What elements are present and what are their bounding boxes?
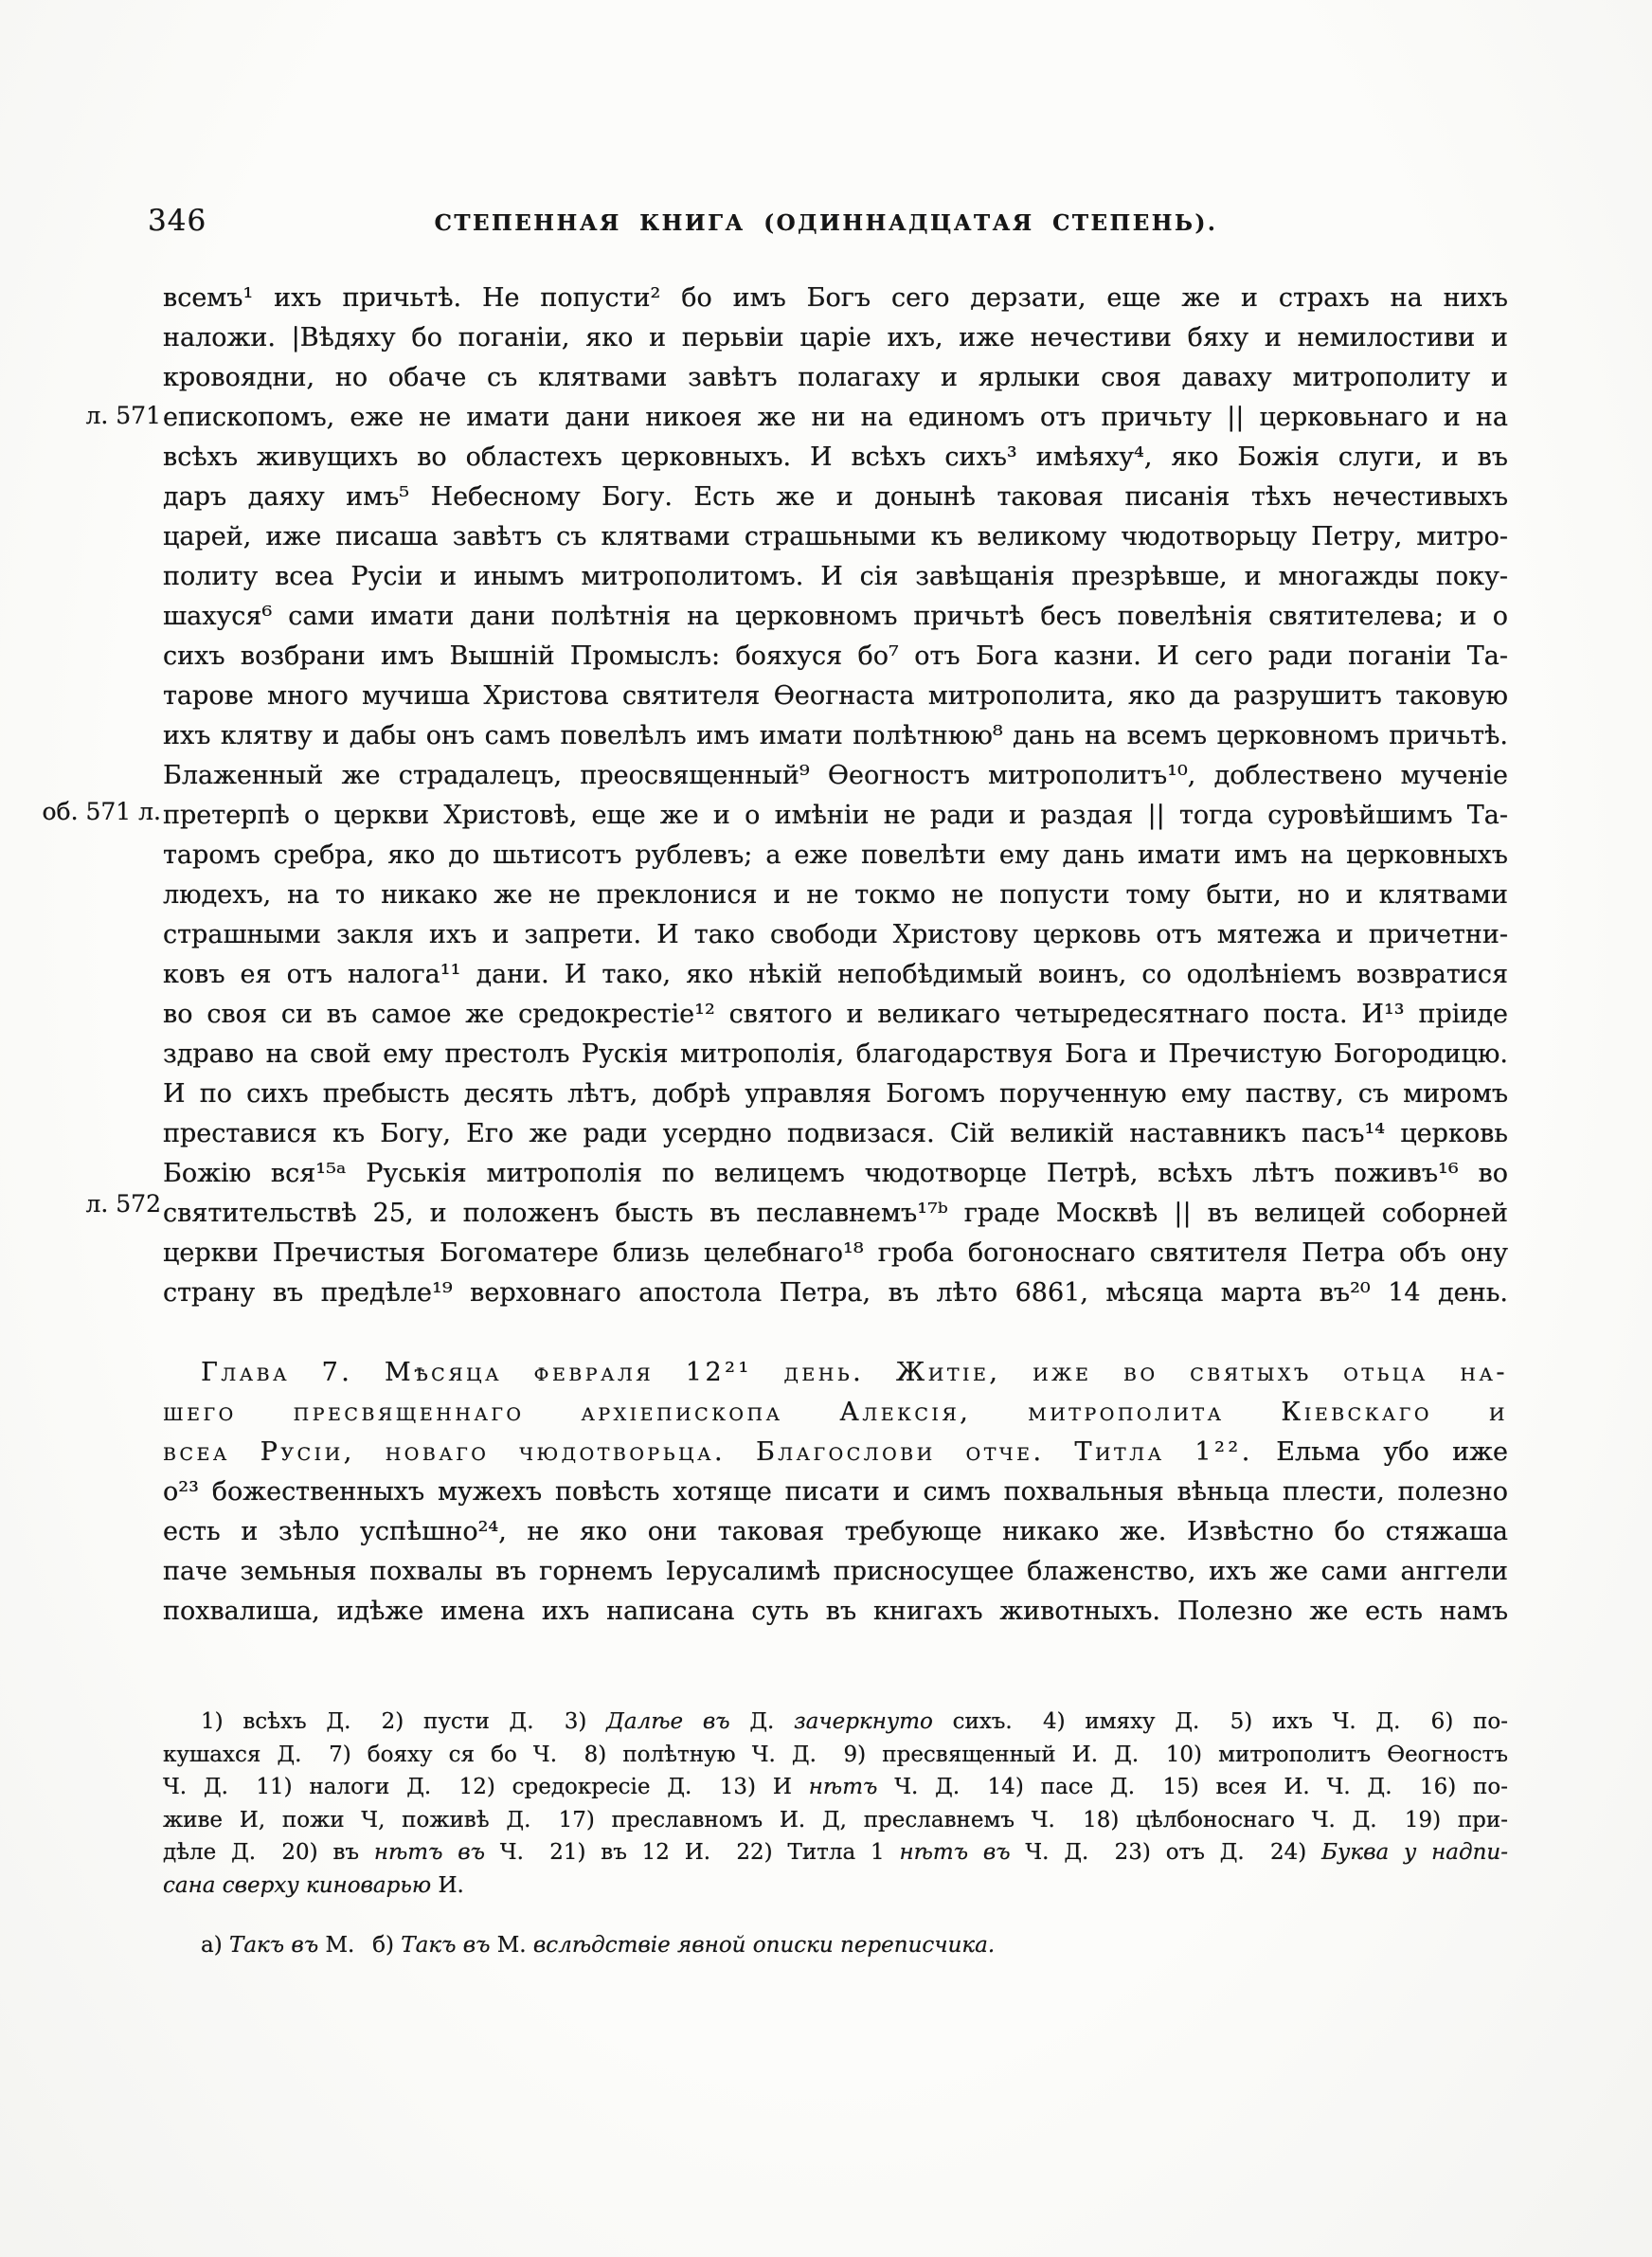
footnote-line: кушахся Д. 7) бояху ся бо Ч. 8) полѣтную… bbox=[163, 1739, 1508, 1772]
body-text-line: святительствѣ 25, и положенъ бысть въ пе… bbox=[163, 1194, 1508, 1234]
italic-text: Далѣе въ bbox=[606, 1709, 729, 1734]
chapter-text-line: Глава 7. Мѣсяца февраля 12²¹ день. Житіе… bbox=[163, 1353, 1508, 1393]
body-text-line: И по сихъ пребысть десять лѣтъ, добрѣ уп… bbox=[163, 1074, 1508, 1114]
smallcaps-text: Глава 7. Мѣсяца февраля 12²¹ день. Житіе… bbox=[201, 1358, 1508, 1387]
body-text-line: царей, иже писаша завѣтъ съ клятвами стр… bbox=[163, 517, 1508, 557]
footnote-line: дѣле Д. 20) въ нѣтъ въ Ч. 21) въ 12 И. 2… bbox=[163, 1836, 1508, 1869]
folio-margin-note-571: л. 571 bbox=[21, 402, 161, 430]
chapter-text-line: всеа Русіи, новаго чюдотворьца. Благосло… bbox=[163, 1433, 1508, 1472]
smallcaps-text: шего пресвященнаго архіепископа Алексія,… bbox=[163, 1398, 1508, 1427]
smallcaps-text: всеа Русіи, новаго чюдотворьца. Благосло… bbox=[163, 1437, 1253, 1467]
body-text-line: епископомъ, еже не имати дани никоея же … bbox=[163, 398, 1508, 438]
italic-text: Такъ въ bbox=[229, 1933, 318, 1958]
text-segment: дѣле Д. 20) въ bbox=[163, 1840, 374, 1865]
italic-text: нѣтъ въ bbox=[374, 1840, 485, 1865]
footnote-line: сана сверху киноварью И. bbox=[163, 1869, 1508, 1903]
chapter-text-line: есть и зѣло успѣшно²⁴, не яко они такова… bbox=[163, 1512, 1508, 1552]
footnotes-block: 1) всѣхъ Д. 2) пусти Д. 3) Далѣе въ Д. з… bbox=[163, 1706, 1508, 1903]
text-segment: а) bbox=[201, 1933, 229, 1958]
text-segment: Ельма убо иже bbox=[1253, 1437, 1508, 1467]
editor-note-line: а) Такъ въ М. б) Такъ въ М. вслѣдствіе я… bbox=[163, 1929, 1508, 1962]
body-text-line: сихъ возбрани имъ Вышній Промыслъ: бояху… bbox=[163, 637, 1508, 677]
body-text-line: ихъ клятву и дабы онъ самъ повелѣлъ имъ … bbox=[163, 716, 1508, 756]
body-text-line: Блаженный же страдалецъ, преосвященный⁹ … bbox=[163, 756, 1508, 796]
italic-text: Буква у надпи- bbox=[1321, 1840, 1508, 1865]
body-text-line: церкви Пречистыя Богоматере близь целебн… bbox=[163, 1234, 1508, 1273]
footnote-line: 1) всѣхъ Д. 2) пусти Д. 3) Далѣе въ Д. з… bbox=[163, 1706, 1508, 1739]
body-text-line: Божію вся¹⁵ᵃ Руськія митрополія по велиц… bbox=[163, 1154, 1508, 1194]
book-page: 346 СТЕПЕННАЯ КНИГА (ОДИННАДЦАТАЯ СТЕПЕН… bbox=[0, 0, 1652, 2257]
text-segment: Ч. Д. 14) пасе Д. 15) всея И. Ч. Д. 16) … bbox=[877, 1775, 1508, 1799]
text-segment: 1) всѣхъ Д. 2) пусти Д. 3) bbox=[201, 1709, 606, 1734]
body-text-line: кровоядни, но обаче съ клятвами завѣтъ п… bbox=[163, 358, 1508, 398]
chapter-7-block: Глава 7. Мѣсяца февраля 12²¹ день. Житіе… bbox=[163, 1353, 1508, 1632]
body-text-line: наложи. |Вѣдяху бо поганіи, яко и перьві… bbox=[163, 318, 1508, 358]
folio-margin-note-571v: об. 571 л. bbox=[21, 798, 161, 826]
main-text-block: всемъ¹ ихъ причьтѣ. Не попусти² бо имъ Б… bbox=[163, 279, 1508, 1313]
running-header: СТЕПЕННАЯ КНИГА (ОДИННАДЦАТАЯ СТЕПЕНЬ). bbox=[0, 210, 1652, 236]
text-segment: М. bbox=[490, 1933, 532, 1958]
text-segment: И. bbox=[431, 1873, 464, 1898]
chapter-text-line: похвалиша, идѣже имена ихъ написана суть… bbox=[163, 1592, 1508, 1632]
italic-text: нѣтъ въ bbox=[899, 1840, 1010, 1865]
text-segment: Ч. 21) въ 12 И. 22) Титла 1 bbox=[485, 1840, 899, 1865]
body-text-line: таромъ сребра, яко до шьтисотъ рублевъ; … bbox=[163, 836, 1508, 876]
body-text-line: шахуся⁶ сами имати дани полѣтнія на церк… bbox=[163, 597, 1508, 637]
body-text-line: страшными закля ихъ и запрети. И тако св… bbox=[163, 915, 1508, 955]
body-text-line: страну въ предѣле¹⁹ верховнаго апостола … bbox=[163, 1273, 1508, 1313]
body-text-line: преставися къ Богу, Его же ради усердно … bbox=[163, 1114, 1508, 1154]
italic-text: Такъ въ bbox=[401, 1933, 490, 1958]
text-segment: живе И, пожи Ч, поживѣ Д. 17) преславном… bbox=[163, 1808, 1508, 1833]
body-text-line: претерпѣ о церкви Христовѣ, еще же и о и… bbox=[163, 796, 1508, 836]
italic-text: нѣтъ bbox=[809, 1775, 878, 1799]
body-text-line: тарове много мучиша Христова святителя Ѳ… bbox=[163, 677, 1508, 716]
chapter-text-line: о²³ божественныхъ мужехъ повѣсть хотяще … bbox=[163, 1472, 1508, 1512]
body-text-line: людехъ, на то никако же не преклонися и … bbox=[163, 876, 1508, 915]
italic-text: вслѣдствіе явной описки переписчика. bbox=[533, 1933, 995, 1958]
folio-margin-note-572: л. 572 bbox=[21, 1190, 161, 1219]
body-text-line: всемъ¹ ихъ причьтѣ. Не попусти² бо имъ Б… bbox=[163, 279, 1508, 318]
body-text-line: всѣхъ живущихъ во областехъ церковныхъ. … bbox=[163, 438, 1508, 478]
editor-note-block: а) Такъ въ М. б) Такъ въ М. вслѣдствіе я… bbox=[163, 1929, 1508, 1962]
text-segment: Ч. Д. 11) налоги Д. 12) средокресіе Д. 1… bbox=[163, 1775, 809, 1799]
body-text-line: политу всеа Русіи и инымъ митрополитомъ.… bbox=[163, 557, 1508, 597]
text-segment: Д. bbox=[730, 1709, 795, 1734]
text-segment: сихъ. 4) имяху Д. 5) ихъ Ч. Д. 6) по- bbox=[933, 1709, 1508, 1734]
chapter-text-line: шего пресвященнаго архіепископа Алексія,… bbox=[163, 1393, 1508, 1433]
footnote-line: живе И, пожи Ч, поживѣ Д. 17) преславном… bbox=[163, 1804, 1508, 1837]
body-text-line: ковъ ея отъ налога¹¹ дани. И тако, яко н… bbox=[163, 955, 1508, 995]
footnote-line: Ч. Д. 11) налоги Д. 12) средокресіе Д. 1… bbox=[163, 1771, 1508, 1804]
italic-text: зачеркнуто bbox=[794, 1709, 933, 1734]
text-segment: М. б) bbox=[318, 1933, 401, 1958]
body-text-line: здраво на свой ему престолъ Рускія митро… bbox=[163, 1035, 1508, 1074]
text-segment: Ч. Д. 23) отъ Д. 24) bbox=[1011, 1840, 1322, 1865]
chapter-text-line: паче земьныя похвалы въ горнемъ Іерусали… bbox=[163, 1552, 1508, 1592]
body-text-line: во своя си въ самое же средокрестіе¹² св… bbox=[163, 995, 1508, 1035]
text-segment: кушахся Д. 7) бояху ся бо Ч. 8) полѣтную… bbox=[163, 1742, 1508, 1767]
italic-text: сана сверху киноварью bbox=[163, 1873, 431, 1898]
body-text-line: даръ даяху имъ⁵ Небесному Богу. Есть же … bbox=[163, 478, 1508, 517]
